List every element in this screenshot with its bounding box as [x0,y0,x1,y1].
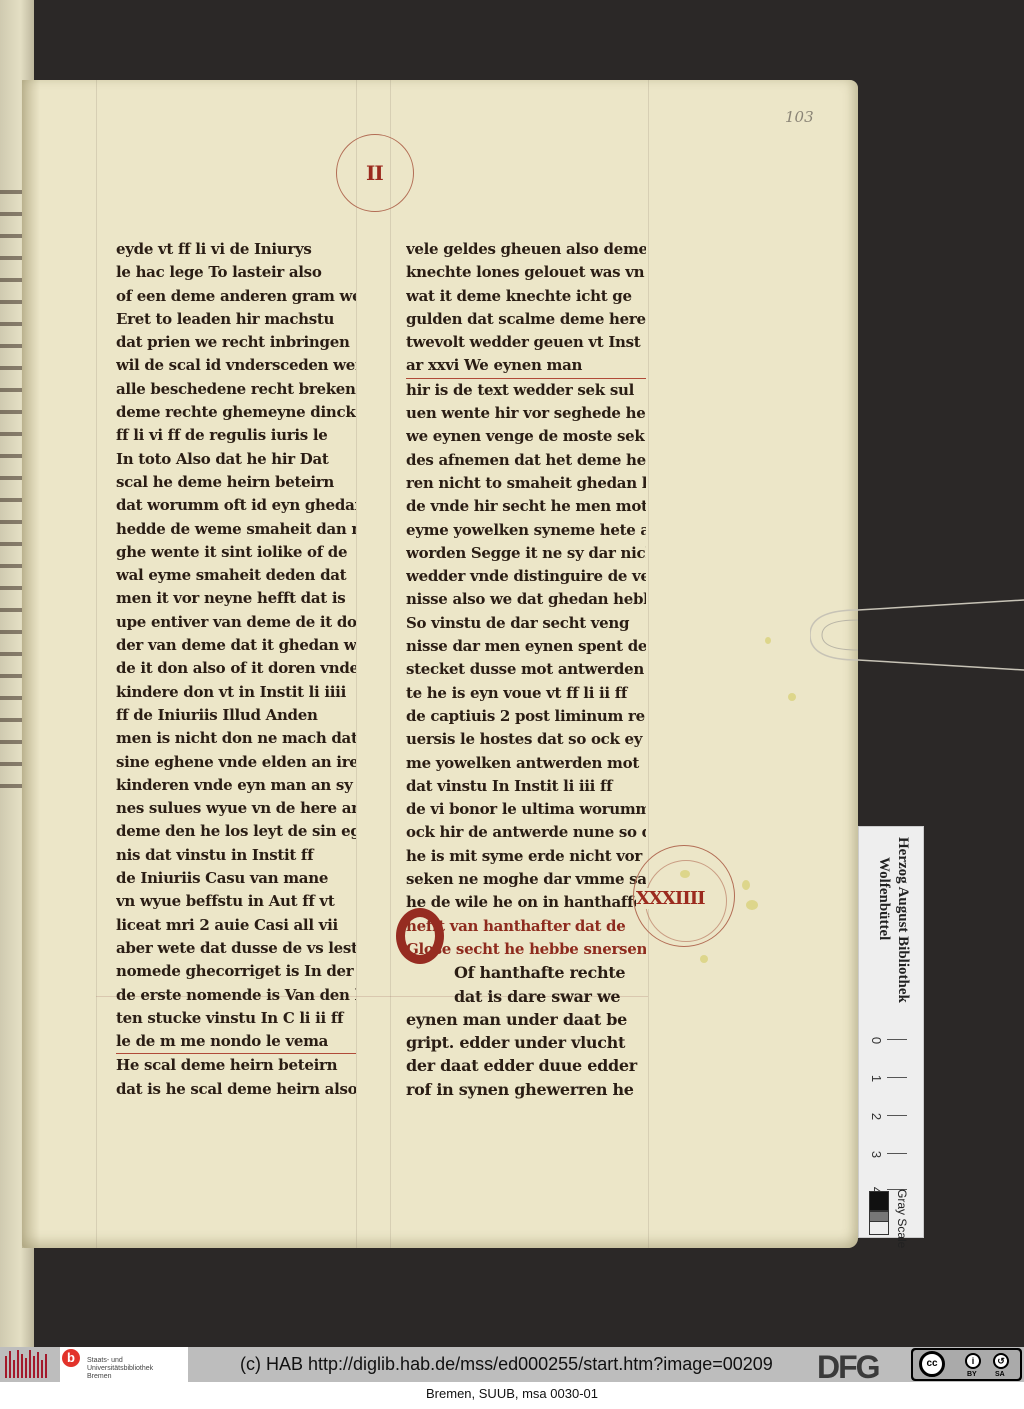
manuscript-line: ff li vi ff de regulis iuris le [116,424,356,447]
manuscript-line: knechte lones gelouet was vn [406,261,646,284]
suub-bars-logo [0,1347,60,1382]
card-city: Wolfenbüttel [875,857,892,940]
folio-number: 103 [785,108,814,126]
decorated-initial-o [396,908,444,964]
manuscript-line: we eynen venge de moste sek [406,425,646,448]
manuscript-line: liceat mri 2 auie Casi all vii [116,914,356,937]
manuscript-line: eyde vt ff li vi de Iniurys [116,238,356,261]
copyright-link[interactable]: (c) HAB http://diglib.hab.de/mss/ed00025… [240,1354,773,1375]
manuscript-line: dat is dare swar we [406,985,646,1008]
manuscript-line: He scal deme heirn beteirn [116,1054,356,1077]
manuscript-line: de captiuis 2 post liminum re [406,705,646,728]
manuscript-line: nisse also we dat ghedan hebben [406,588,646,611]
manuscript-line: twevolt wedder geuen vt Inst [406,331,646,354]
manuscript-line: wat it deme knechte icht ge [406,285,646,308]
manuscript-line: ff de Iniuriis Illud Anden [116,704,356,727]
manuscript-line: stecket dusse mot antwerden me [406,658,646,681]
manuscript-line: dat is he scal deme heirn also [116,1078,356,1101]
manuscript-line: hir is de text wedder sek sul [406,379,646,402]
manuscript-line: vn wyue beffstu in Aut ff vt [116,890,356,913]
manuscript-line: gript. edder under vlucht [406,1031,646,1054]
right-text-column: vele geldes gheuen also demeknechte lone… [406,238,646,1101]
shelfmark: Bremen, SUUB, msa 0030-01 [0,1386,1024,1401]
dfg-logo[interactable]: DFG [817,1349,879,1386]
manuscript-line: nis dat vinstu in Instit ff [116,844,356,867]
manuscript-line: uersis le hostes dat so ock ey [406,728,646,751]
manuscript-line: Of hanthafte rechte [406,961,646,984]
manuscript-scan: 103 II eyde vt ff li vi de Iniurysle hac… [0,0,1024,1347]
manuscript-line: wal eyme smaheit deden dat [116,564,356,587]
manuscript-line: eyme yowelken syneme hete ant [406,519,646,542]
manuscript-line: vele geldes gheuen also deme [406,238,646,261]
manuscript-line: dat vinstu In Instit li iii ff [406,775,646,798]
suub-logo[interactable]: b Staats- und Universitätsbibliothek Bre… [60,1347,188,1382]
manuscript-line: deme den he los leyt de sin ege [116,820,356,843]
gray-scale-label: Gray Scale [895,1189,909,1248]
chapter-number: II [366,161,383,185]
manuscript-line: ren nicht to smaheit ghedan heb [406,472,646,495]
manuscript-line: kinderen vnde eyn man an sy [116,774,356,797]
manuscript-line: dat worumm oft id eyn ghedan [116,494,356,517]
color-reference-card: Herzog August Bibliothek Wolfenbüttel 0 … [858,826,924,1238]
card-institution: Herzog August Bibliothek [894,837,911,1003]
manuscript-line: Eret to leaden hir machstu [116,308,356,331]
manuscript-line: dat prien we recht inbringen [116,331,356,354]
manuscript-line: alle beschedene recht breken in [116,378,356,401]
manuscript-line: le de m me nondo le vema [116,1030,356,1054]
manuscript-line: te he is eyn voue vt ff li ii ff [406,682,646,705]
manuscript-line: de Iniuriis Casu van mane [116,867,356,890]
section-number: XXXIIII [636,888,705,909]
manuscript-line: nes sulues wyue vn de here an [116,797,356,820]
left-text-column: eyde vt ff li vi de Iniurysle hac lege T… [116,238,356,1101]
manuscript-line: scal he deme heirn beteirn [116,471,356,494]
manuscript-line: de vi bonor le ultima worumm [406,798,646,821]
manuscript-line: nomede ghecorriget is In der [116,960,356,983]
manuscript-line: sine eghene vnde elden an iren [116,751,356,774]
manuscript-line: des afnemen dat het deme he [406,449,646,472]
manuscript-line: of een deme anderen gram were [116,285,356,308]
manuscript-line: worden Segge it ne sy dar nicht [406,542,646,565]
manuscript-line: eynen man under daat be [406,1008,646,1031]
cc-icon: cc [919,1351,945,1377]
manuscript-line: So vinstu de dar secht veng [406,612,646,635]
manuscript-line: deme rechte ghemeyne dinck vt [116,401,356,424]
manuscript-line: rof in synen ghewerren he [406,1078,646,1101]
manuscript-line: ghe wente it sint iolike of de [116,541,356,564]
manuscript-line: wil de scal id vndersceden wente [116,354,356,377]
manuscript-line: gulden dat scalme deme heren [406,308,646,331]
manuscript-line: hedde de weme smaheit dan mo [116,518,356,541]
manuscript-line: seken ne moghe dar vmme sat [406,868,646,891]
manuscript-line: ten stucke vinstu In C li ii ff [116,1007,356,1030]
cc-license-badge[interactable]: cc i ↺ BY SA [911,1348,1022,1381]
manuscript-line: le hac lege To lasteir also [116,261,356,284]
share-alike-icon: ↺ [993,1353,1009,1369]
manuscript-line: uen wente hir vor seghede he [406,402,646,425]
footer-bar: b Staats- und Universitätsbibliothek Bre… [0,1347,1024,1382]
manuscript-line: In toto Also dat he hir Dat [116,448,356,471]
manuscript-line: wedder vnde distinguire de veng [406,565,646,588]
manuscript-line: me yowelken antwerden mot [406,752,646,775]
manuscript-line: men it vor neyne hefft dat is [116,587,356,610]
manuscript-line: men is nicht don ne mach dat [116,727,356,750]
manuscript-line: aber wete dat dusse de vs lest [116,937,356,960]
manuscript-line: ar xxvi We eynen man [406,354,646,378]
manuscript-line: he is mit syme erde nicht vor [406,845,646,868]
manuscript-line: kindere don vt in Instit li iiii [116,681,356,704]
manuscript-line: de vnde hir secht he men mote [406,495,646,518]
manuscript-line: der van deme dat it ghedan wer [116,634,356,657]
manuscript-line: der daat edder duue edder [406,1054,646,1077]
paper-clip [810,590,1024,690]
manuscript-line: nisse dar men eynen spent de [406,635,646,658]
manuscript-line: ock hir de antwerde nune so dat [406,821,646,844]
attribution-icon: i [965,1353,981,1369]
manuscript-line: de it don also of it doren vnde [116,657,356,680]
manuscript-line: de erste nomende is Van den lest [116,984,356,1007]
manuscript-line: he de wile he on in hanthaffe [406,891,646,914]
manuscript-line: upe entiver van deme de it don [116,611,356,634]
suub-b-icon: b [62,1349,80,1367]
